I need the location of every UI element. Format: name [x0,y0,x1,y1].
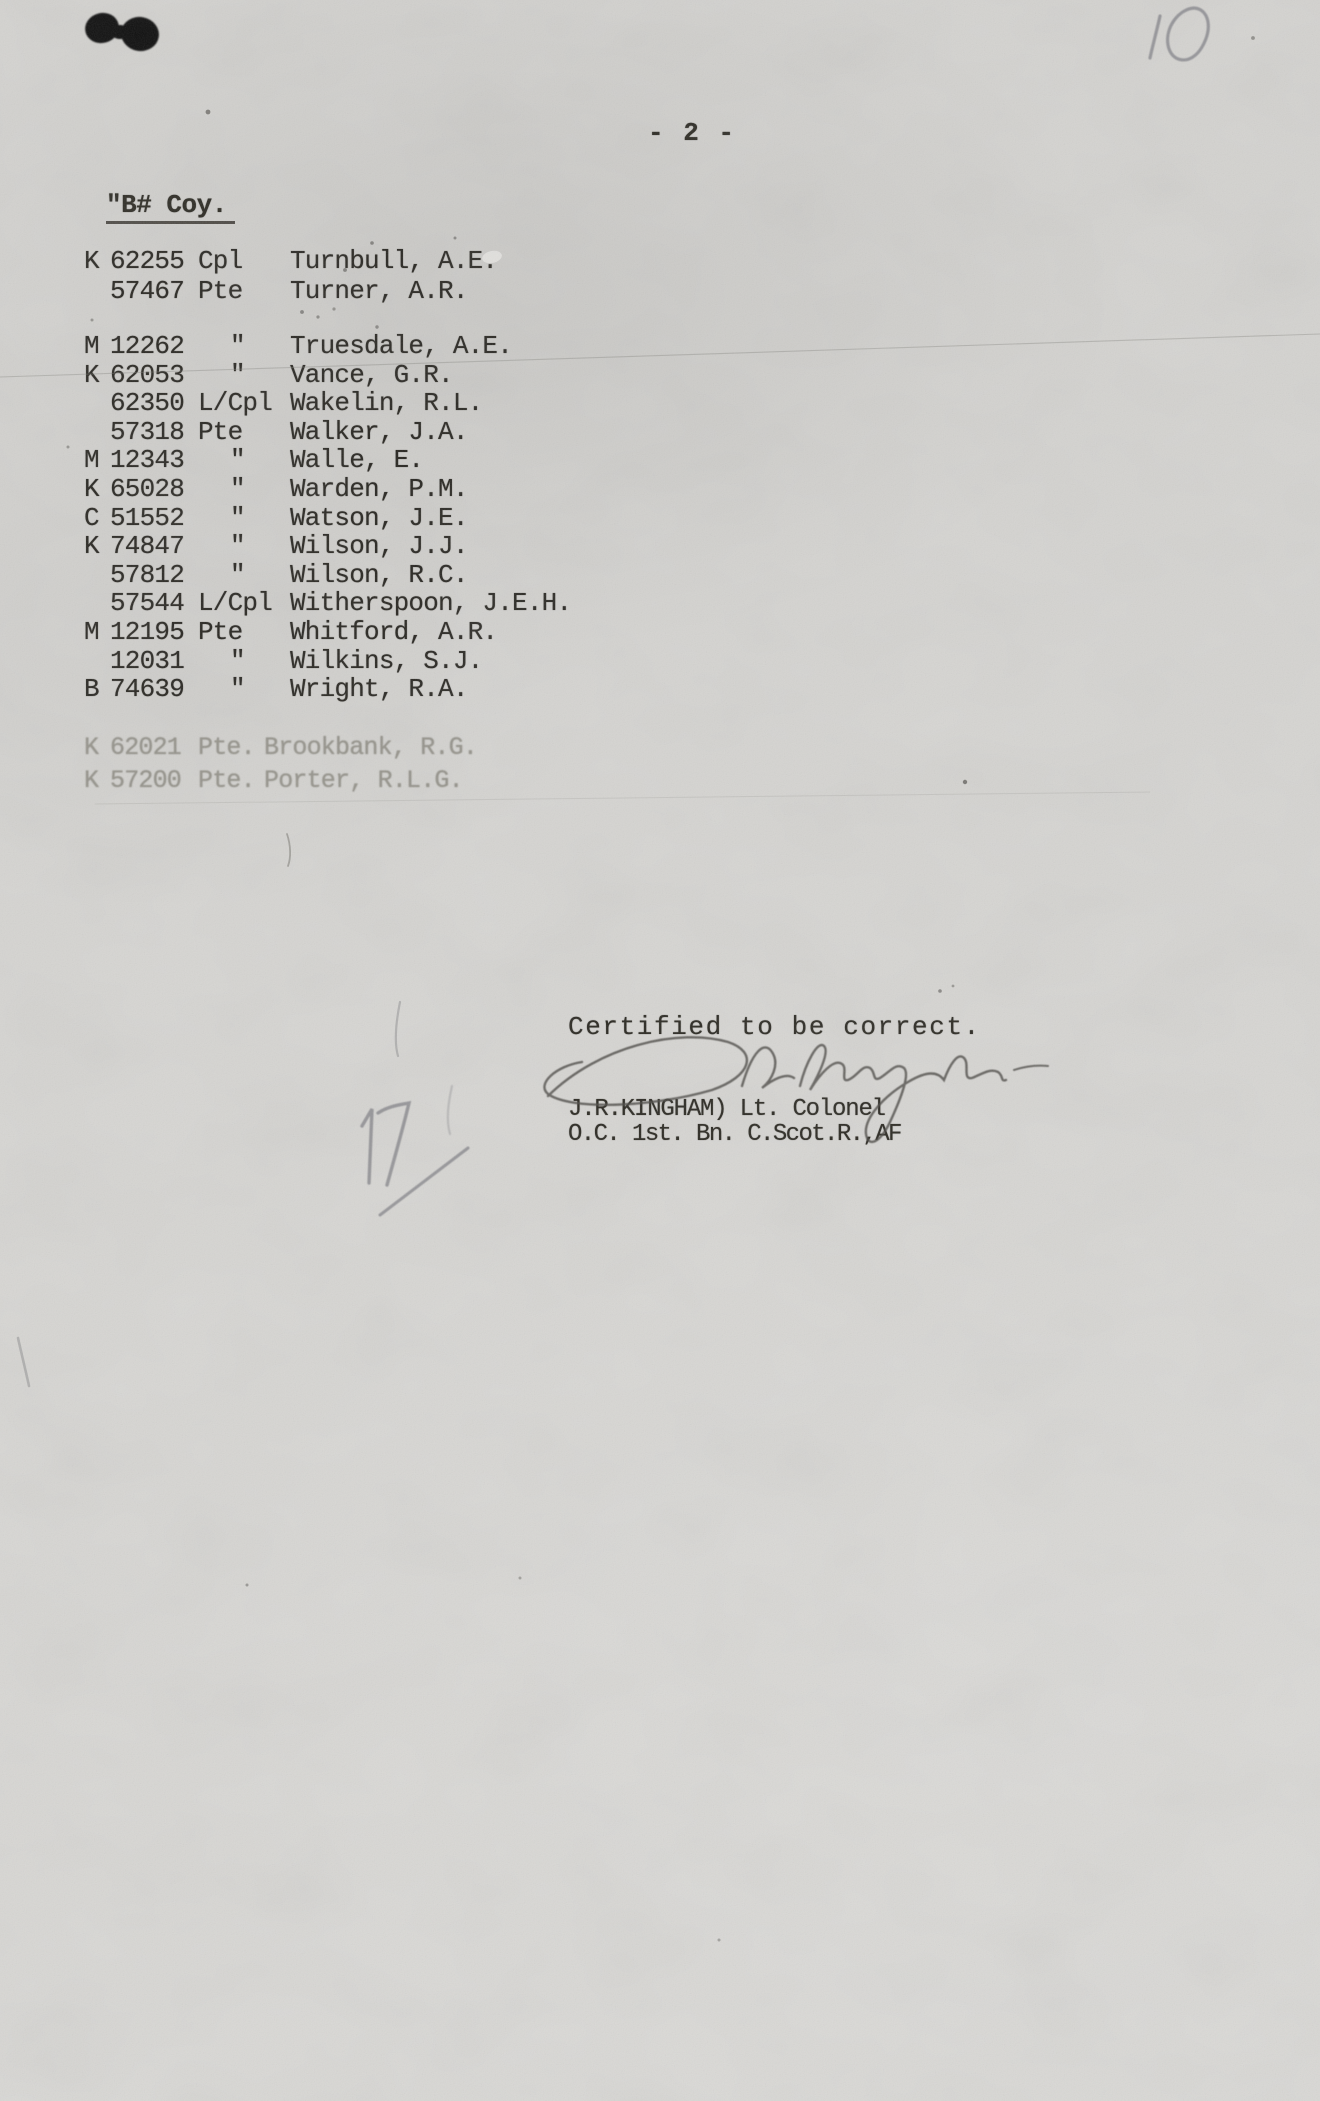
roster-cell-number: 62053 [110,360,198,390]
roster-cell-rank: Pte [198,617,290,647]
roster-cell-number: 62255 [110,246,198,276]
roster-row: 57467PteTurner, A.R. [84,276,497,306]
roster-cell-prefix: K [84,531,110,561]
roster-cell-number: 62350 [110,388,198,418]
roster-row: K57200Pte.Porter, R.L.G. [84,766,477,799]
roster-cell-prefix: K [84,766,110,795]
roster-cell-name: Wilson, J.J. [290,531,571,561]
roster-cell-name: Wilkins, S.J. [290,646,571,676]
roster-cell-name: Watson, J.E. [290,503,571,533]
scan-artifacts-layer [0,0,1320,2101]
roster-cell-name: Vance, G.R. [290,360,571,390]
roster-row: K65028"Warden, P.M. [84,474,571,503]
pencil-annotation-17 [362,1086,468,1215]
pencil-annotation-10 [1150,8,1208,60]
roster-row: C51552"Watson, J.E. [84,503,571,532]
roster-cell-rank: Pte. [198,766,264,795]
roster-cell-number: 12031 [110,646,198,676]
roster-group-1: K62255CplTurnbull, A.E.57467PteTurner, A… [84,246,497,306]
roster-row: K74847"Wilson, J.J. [84,531,571,560]
roster-cell-name: Whitford, A.R. [290,617,571,647]
roster-cell-number: 57812 [110,560,198,590]
roster-cell-prefix: K [84,246,110,276]
roster-cell-prefix: C [84,503,110,533]
roster-row: K62053"Vance, G.R. [84,360,571,389]
certification-statement: Certified to be correct. [568,1012,981,1042]
roster-row: M12195PteWhitford, A.R. [84,617,571,646]
roster-group-2: M12262"Truesdale, A.E.K62053"Vance, G.R.… [84,331,571,703]
roster-row: 62350L/CplWakelin, R.L. [84,388,571,417]
roster-cell-rank: Pte [198,276,290,306]
roster-cell-rank: L/Cpl [198,388,290,418]
roster-cell-name: Truesdale, A.E. [290,331,571,361]
roster-cell-name: Porter, R.L.G. [264,766,477,795]
roster-row: 57318PteWalker, J.A. [84,417,571,446]
roster-cell-rank: " [198,674,290,704]
certification-unit: O.C. 1st. Bn. C.Scot.R.,AF [568,1121,901,1148]
roster-cell-name: Walle, E. [290,445,571,475]
roster-row: 57544L/CplWitherspoon, J.E.H. [84,588,571,617]
roster-cell-prefix: K [84,474,110,504]
roster-row: M12343"Walle, E. [84,445,571,474]
roster-cell-number: 74639 [110,674,198,704]
certification-signatory: J.R.KINGHAM) Lt. Colonel [568,1096,885,1123]
roster-cell-prefix: K [84,733,110,762]
roster-row: B74639"Wright, R.A. [84,674,571,703]
ink-blot [82,9,162,54]
roster-cell-number: 51552 [110,503,198,533]
roster-cell-number: 12195 [110,617,198,647]
roster-cell-rank: " [198,560,290,590]
roster-cell-name: Turnbull, A.E. [290,246,497,276]
roster-cell-prefix: B [84,674,110,704]
roster-group-3: K62021Pte.Brookbank, R.G.K57200Pte.Porte… [84,733,477,799]
roster-cell-name: Walker, J.A. [290,417,571,447]
roster-cell-name: Witherspoon, J.E.H. [290,588,571,618]
roster-cell-rank: Pte [198,417,290,447]
roster-cell-rank: L/Cpl [198,588,290,618]
roster-cell-number: 62021 [110,733,198,762]
roster-cell-rank: " [198,646,290,676]
roster-cell-rank: " [198,360,290,390]
roster-row: K62255CplTurnbull, A.E. [84,246,497,276]
roster-cell-name: Turner, A.R. [290,276,497,306]
roster-cell-name: Wright, R.A. [290,674,571,704]
roster-cell-prefix: K [84,360,110,390]
scanned-document-page: - 2 - "B# Coy. K62255CplTurnbull, A.E.57… [0,0,1320,2101]
roster-row: K62021Pte.Brookbank, R.G. [84,733,477,766]
roster-cell-number: 12343 [110,445,198,475]
roster-cell-rank: " [198,474,290,504]
roster-cell-number: 74847 [110,531,198,561]
roster-cell-number: 65028 [110,474,198,504]
roster-cell-number: 12262 [110,331,198,361]
roster-cell-name: Brookbank, R.G. [264,733,477,762]
roster-cell-rank: " [198,531,290,561]
roster-cell-prefix: M [84,331,110,361]
page-number: - 2 - [648,118,736,148]
roster-cell-prefix: M [84,445,110,475]
roster-cell-rank: Cpl [198,246,290,276]
paper-specks [67,36,1255,1941]
roster-cell-name: Wakelin, R.L. [290,388,571,418]
scan-noise-texture [0,0,1320,2101]
roster-cell-number: 57318 [110,417,198,447]
roster-cell-rank: " [198,445,290,475]
roster-cell-rank: " [198,503,290,533]
roster-cell-name: Warden, P.M. [290,474,571,504]
company-header: "B# Coy. [106,190,235,224]
roster-row: 12031"Wilkins, S.J. [84,646,571,675]
roster-cell-number: 57200 [110,766,198,795]
pencil-stray-marks [18,834,400,1386]
roster-cell-rank: Pte. [198,733,264,762]
roster-cell-rank: " [198,331,290,361]
roster-cell-name: Wilson, R.C. [290,560,571,590]
roster-cell-number: 57544 [110,588,198,618]
roster-cell-prefix: M [84,617,110,647]
roster-row: 57812"Wilson, R.C. [84,560,571,589]
roster-cell-number: 57467 [110,276,198,306]
roster-row: M12262"Truesdale, A.E. [84,331,571,360]
